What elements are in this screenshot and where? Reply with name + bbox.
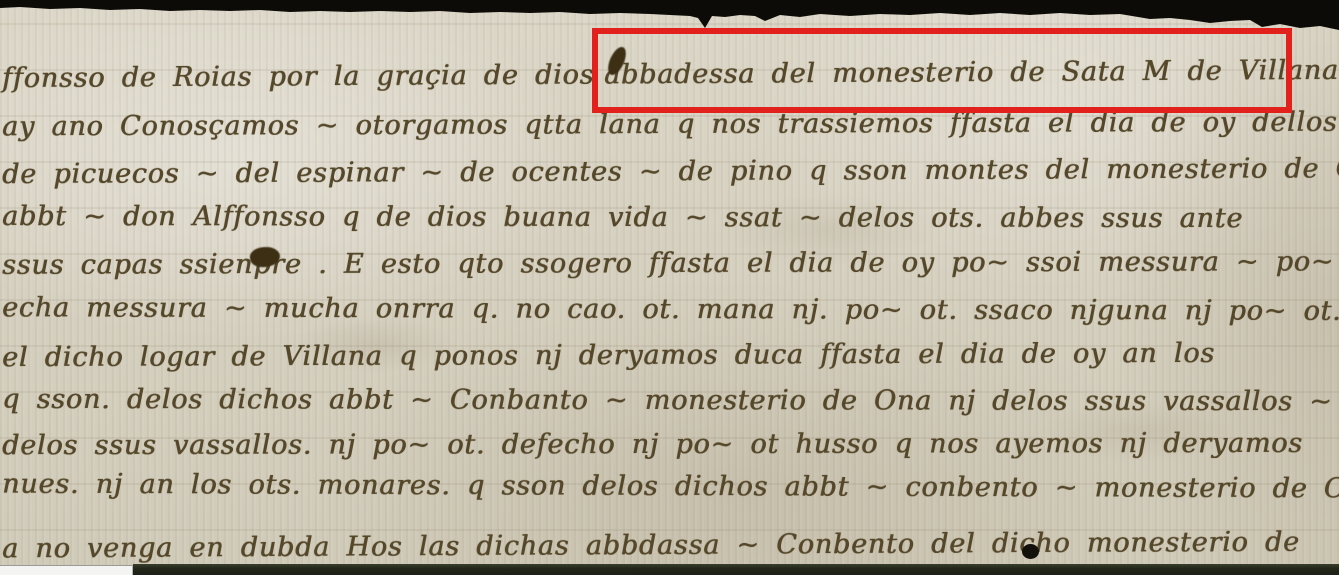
manuscript-line-10: nues. nj an los ots. monares. q sson del… <box>2 465 1339 510</box>
manuscript-line-9: delos ssus vassallos. nj po~ ot. defecho… <box>2 424 1303 466</box>
bottom-left-box <box>0 565 133 575</box>
manuscript-line-8: q sson. delos dichos abbt ~ Conbanto ~ m… <box>2 380 1333 422</box>
manuscript-line-6: echa messura ~ mucha onrra q. no cao. ot… <box>2 288 1339 332</box>
highlight-box <box>592 28 1292 113</box>
manuscript-line-4: abbt ~ don Alffonsso q de dios buana vid… <box>2 197 1243 239</box>
manuscript-line-3: de picuecos ~ del espinar ~ de ocentes ~… <box>2 149 1339 195</box>
bottom-scan-edge <box>133 564 1339 575</box>
hole-dot <box>1022 544 1039 559</box>
manuscript-line-7: el dicho logar de Villana q ponos nj der… <box>2 334 1215 378</box>
manuscript-line-11: a no venga en dubda Hos las dichas abbda… <box>2 523 1300 570</box>
line-1-prefix: ffonsso de Roias por la graçia de dios <box>2 59 594 94</box>
manuscript-line-5: ssus capas ssienpre . E esto qto ssogero… <box>2 242 1334 285</box>
manuscript-scan: ffonsso de Roias por la graçia de dios a… <box>0 0 1339 575</box>
